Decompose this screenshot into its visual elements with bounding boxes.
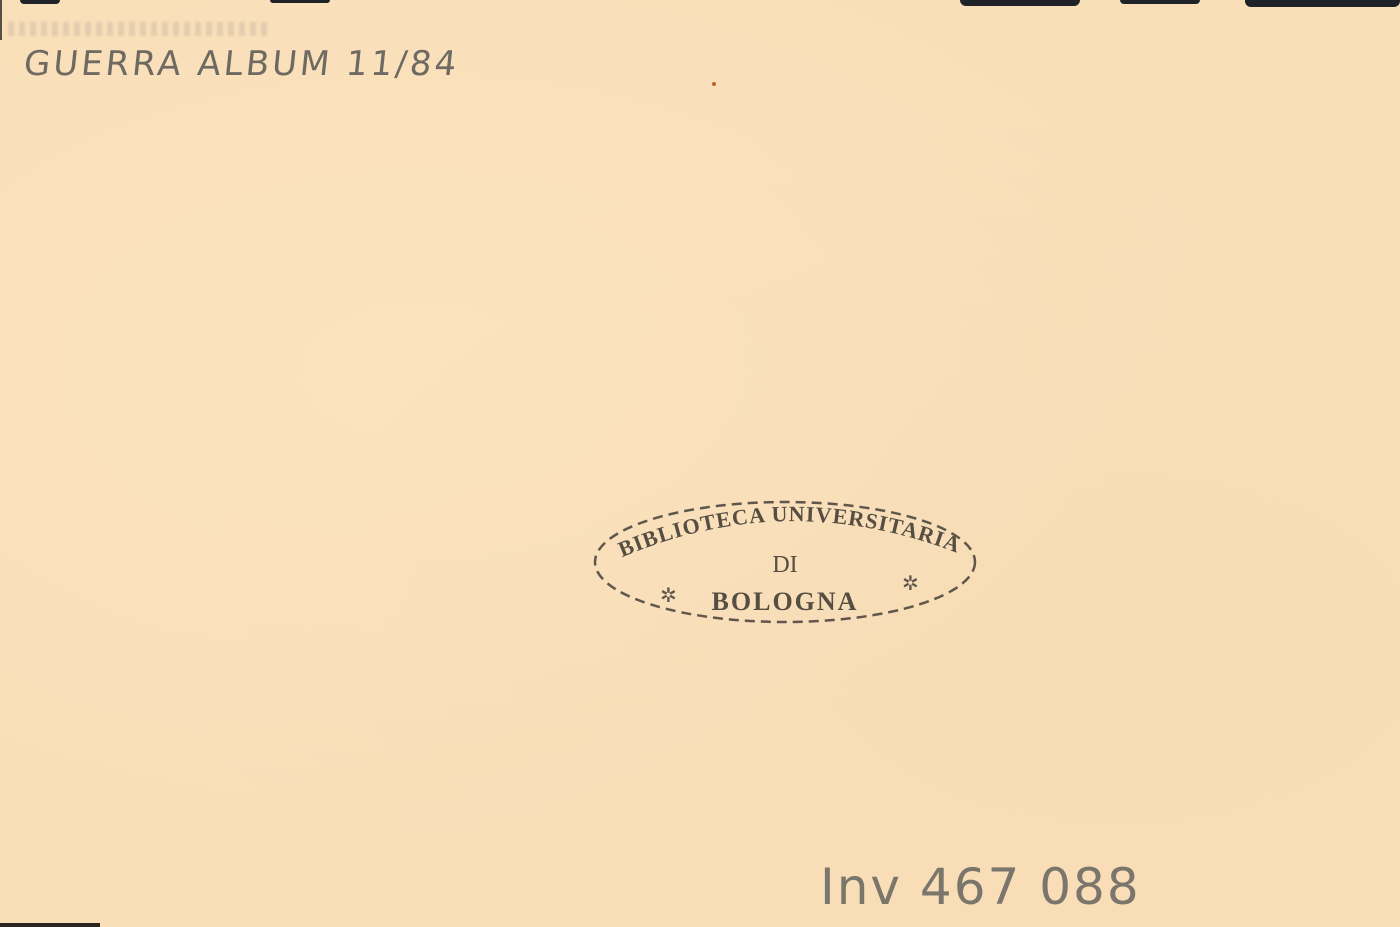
library-stamp: BIBLIOTECA UNIVERSITARIA DI BOLOGNA ✲ ✲ — [590, 490, 980, 630]
oval-stamp-icon: BIBLIOTECA UNIVERSITARIA DI BOLOGNA ✲ ✲ — [590, 490, 980, 630]
faded-offset-text — [8, 22, 268, 36]
left-edge-mark — [0, 0, 2, 40]
document-card-back: GUERRA ALBUM 11/84 BIBLIOTECA UNIVERSITA… — [0, 0, 1400, 927]
torn-top-edge — [0, 0, 1400, 10]
bottom-edge-mark — [0, 923, 100, 927]
pencil-note-album-reference: GUERRA ALBUM 11/84 — [22, 44, 461, 84]
stamp-line-3: BOLOGNA — [712, 587, 859, 616]
stamp-line-2: DI — [772, 552, 797, 578]
ink-speck — [712, 82, 716, 86]
stamp-star-right-icon: ✲ — [902, 573, 919, 595]
pencil-inventory-number: Inv 467 088 — [820, 858, 1141, 916]
stamp-star-left-icon: ✲ — [660, 585, 677, 607]
